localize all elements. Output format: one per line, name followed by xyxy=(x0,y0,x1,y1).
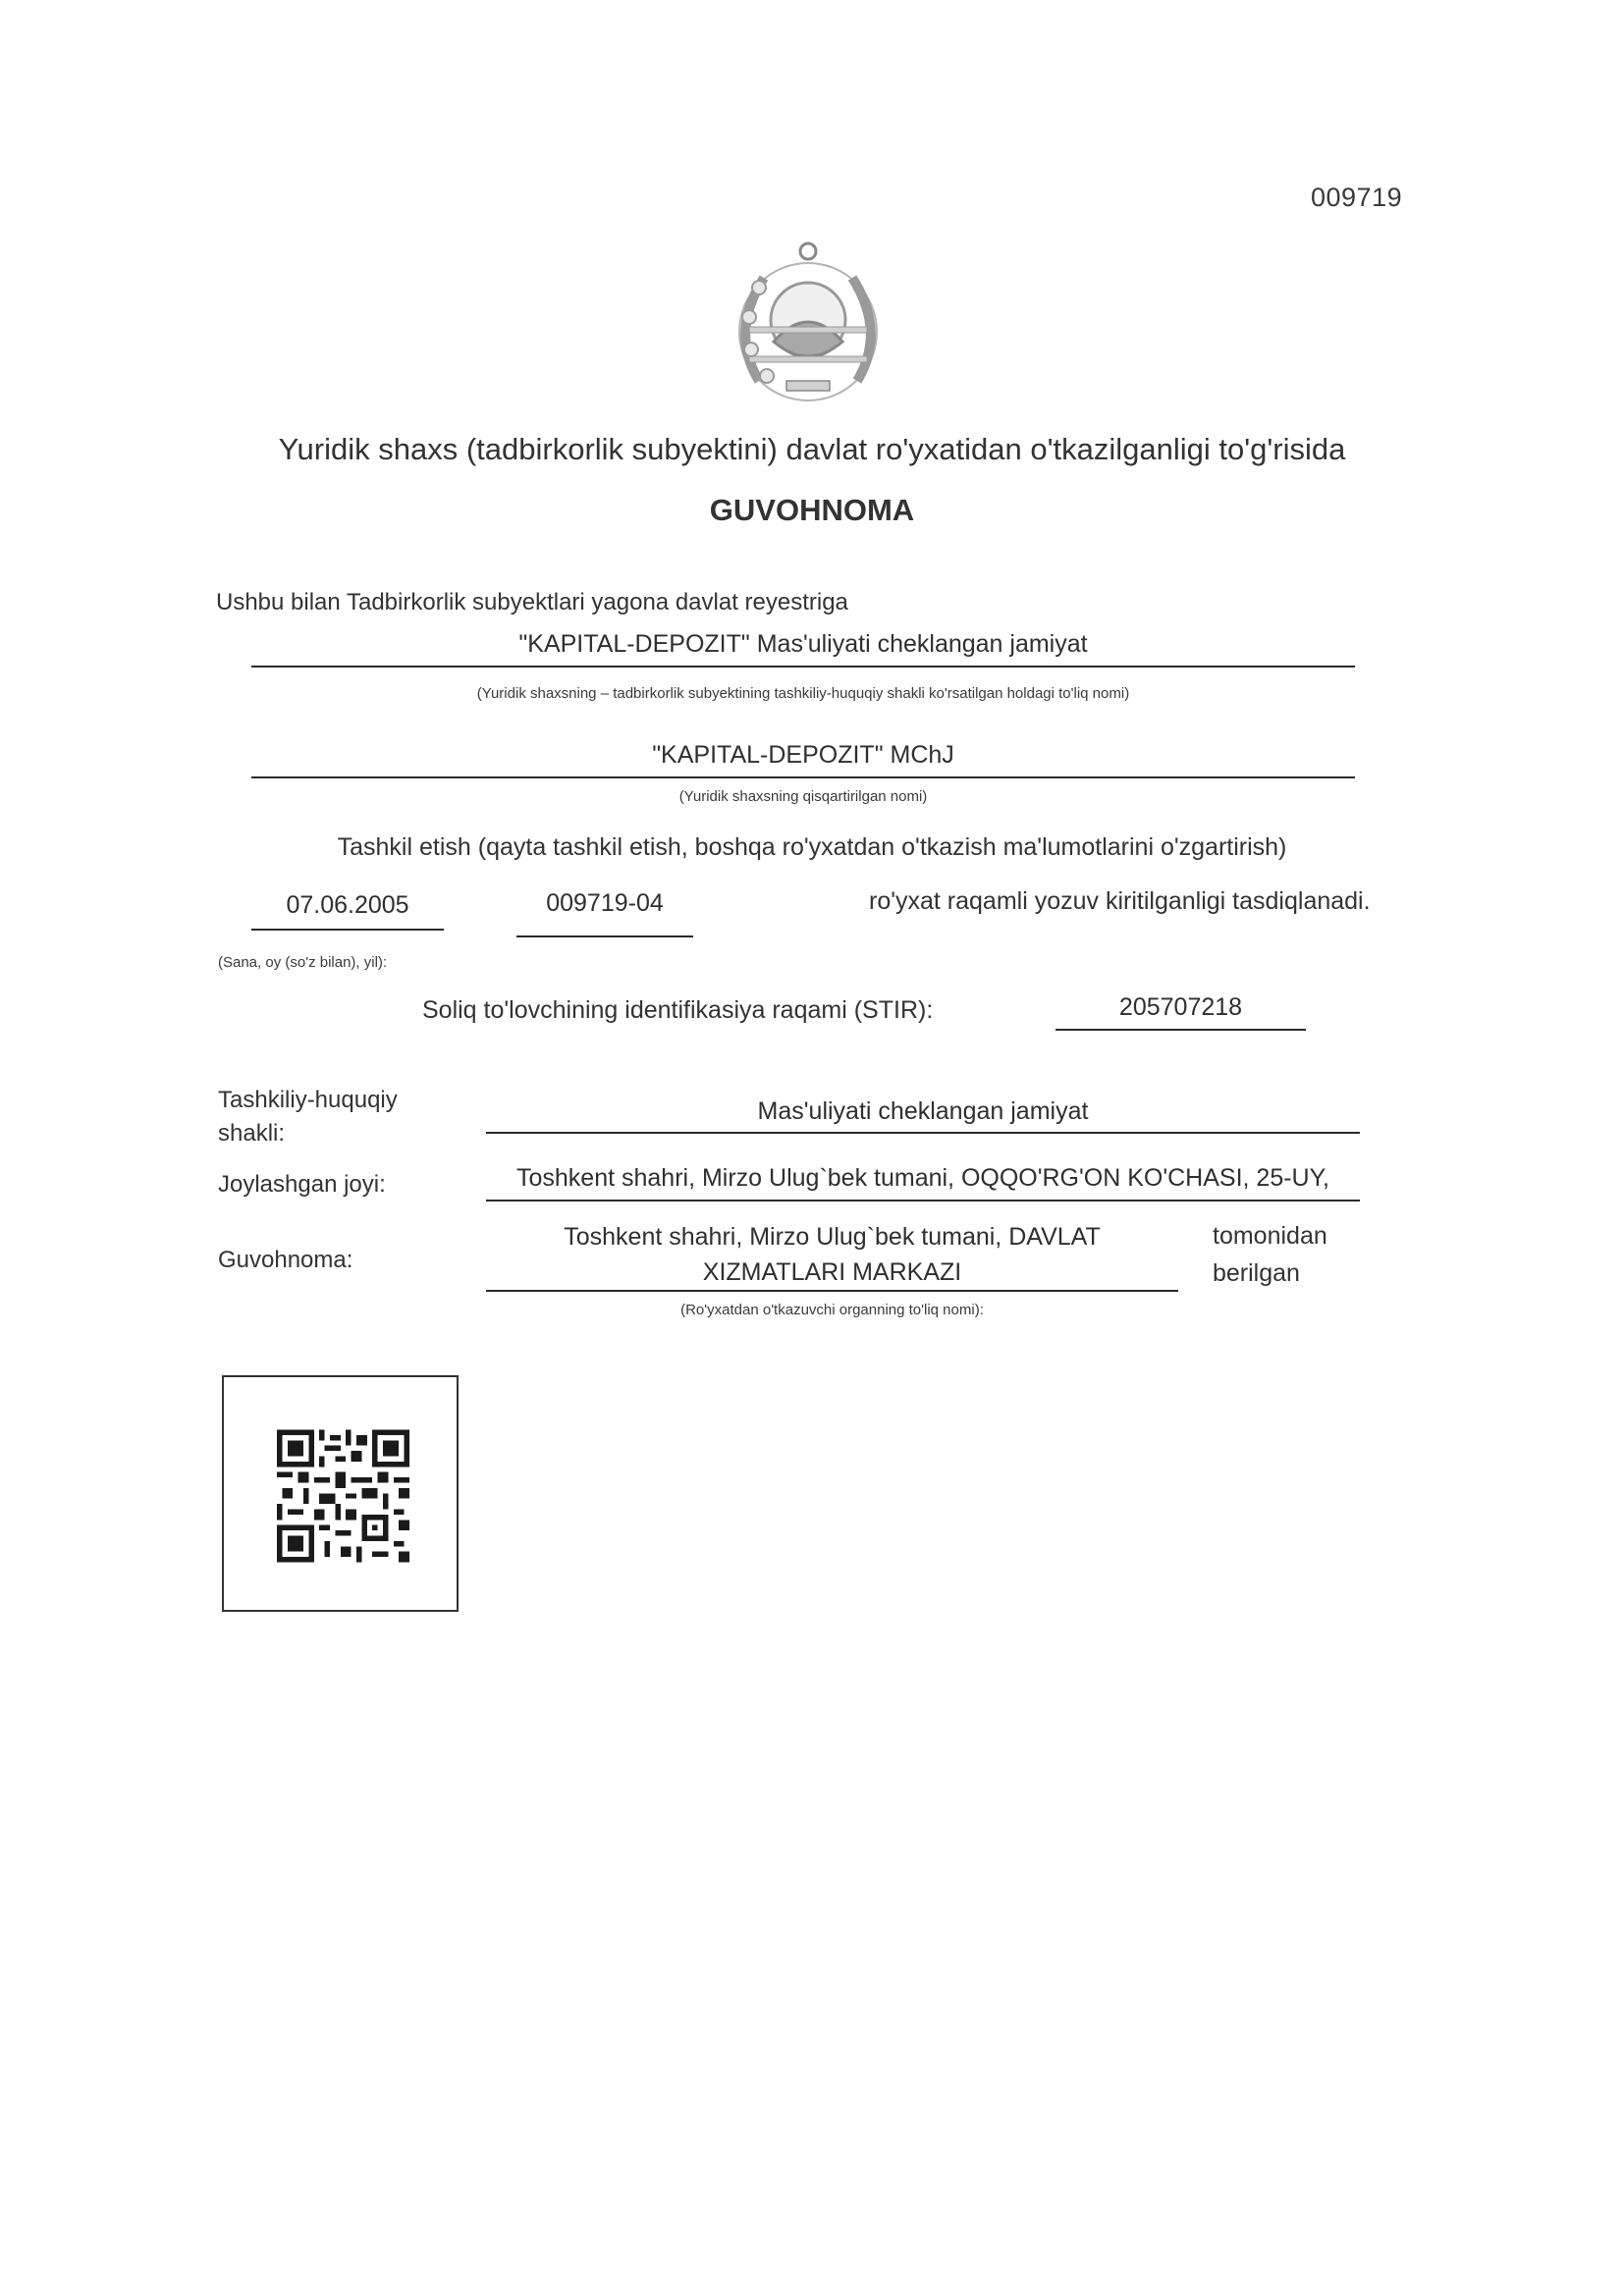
tin-underline xyxy=(1056,1029,1306,1031)
date-caption: (Sana, oy (so'z bilan), yil): xyxy=(218,954,387,971)
document-title: Yuridik shaxs (tadbirkorlik subyektini) … xyxy=(0,432,1624,467)
location-label: Joylashgan joyi: xyxy=(218,1168,386,1201)
short-name-value: "KAPITAL-DEPOZIT" MChJ xyxy=(251,741,1355,770)
number-underline xyxy=(516,935,693,937)
location-value: Toshkent shahri, Mirzo Ulug`bek tumani, … xyxy=(486,1164,1360,1193)
serial-number: 009719 xyxy=(1311,183,1402,213)
qr-code-icon xyxy=(277,1429,409,1563)
short-name-underline xyxy=(251,776,1355,778)
document-heading: GUVOHNOMA xyxy=(0,493,1624,528)
action-line: Tashkil etish (qayta tashkil etish, bosh… xyxy=(0,833,1624,862)
registration-date: 07.06.2005 xyxy=(251,891,444,920)
tin-label: Soliq to'lovchining identifikasiya raqam… xyxy=(422,996,933,1025)
registration-number: 009719-04 xyxy=(516,889,693,918)
location-underline xyxy=(486,1200,1360,1201)
registration-confirmation: ro'yxat raqamli yozuv kiritilganligi tas… xyxy=(869,887,1371,916)
legal-form-underline xyxy=(486,1132,1360,1134)
full-name-underline xyxy=(251,666,1355,667)
certificate-label: Guvohnoma: xyxy=(218,1244,352,1277)
legal-form-label: Tashkiliy-huquqiy shakli: xyxy=(218,1084,398,1150)
state-emblem-icon xyxy=(720,234,896,410)
intro-text: Ushbu bilan Tadbirkorlik subyektlari yag… xyxy=(216,589,848,616)
full-name-caption: (Yuridik shaxsning – tadbirkorlik subyek… xyxy=(251,685,1355,702)
date-underline xyxy=(251,929,444,931)
tin-value: 205707218 xyxy=(1056,993,1306,1022)
full-name-value: "KAPITAL-DEPOZIT" Mas'uliyati cheklangan… xyxy=(251,630,1355,659)
issuer-underline xyxy=(486,1290,1178,1292)
qr-code-frame xyxy=(222,1375,459,1612)
issuer-name: Toshkent shahri, Mirzo Ulug`bek tumani, … xyxy=(486,1219,1178,1290)
issuer-caption: (Ro'yxatdan o'tkazuvchi organning to'liq… xyxy=(486,1302,1178,1318)
legal-form-value: Mas'uliyati cheklangan jamiyat xyxy=(486,1097,1360,1126)
issued-by-text: tomonidan berilgan xyxy=(1213,1217,1327,1292)
short-name-caption: (Yuridik shaxsning qisqartirilgan nomi) xyxy=(251,788,1355,805)
